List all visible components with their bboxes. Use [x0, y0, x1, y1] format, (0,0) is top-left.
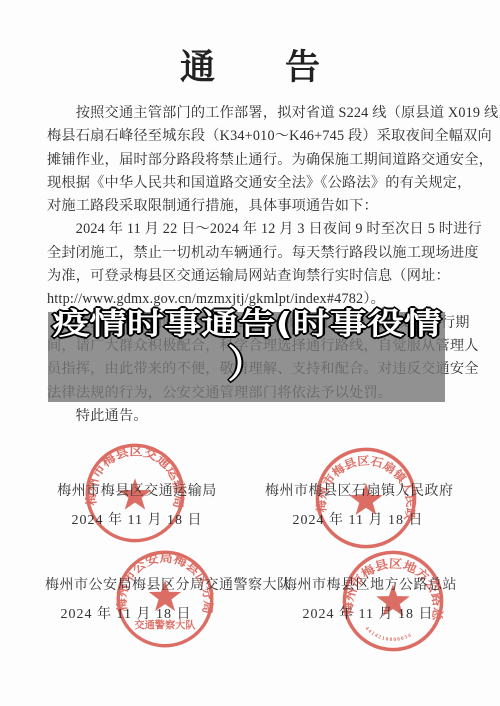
signature-date: 2024 年 11 月 18 日 [283, 603, 453, 623]
notice-closing-line: 特此通告。 [47, 405, 453, 428]
signature-block-shishan-government: 梅州市梅县区石扇镇人民政府 2024 年 11 月 18 日 [265, 480, 451, 529]
notice-line: 法律法规的行为，公安交通管理部门将依法予以处罚。 [47, 382, 453, 405]
signature-date: 2024 年 11 月 18 日 [47, 509, 227, 529]
signature-org: 梅州市公安局梅县区分局交通警察大队 [45, 574, 281, 594]
notice-line: 对施工路段采取限制通行措施，具体事项通告如下： [47, 195, 453, 218]
notice-line: 全封闭施工期间，省道 S224 线（原县道 X019 线）交通限行期 [47, 312, 453, 335]
document-title: 通 告 [0, 40, 500, 90]
svg-text:4414210008034: 4414210008034 [364, 626, 414, 643]
notice-line: 梅县石扇石峰径至城东段（K34+010～K46+745 段）采取夜间全幅双向 [47, 125, 453, 148]
notice-line: 现根据《中华人民共和国道路交通安全法》《公路法》的有关规定， [47, 172, 453, 195]
seal-code-text: 4414210008034 [364, 626, 414, 643]
notice-body: 按照交通主管部门的工作部署，拟对省道 S224 线（原县道 X019 线） 梅县… [47, 102, 453, 428]
notice-line: 摊铺作业，届时部分路段将禁止通行。为确保施工期间道路交通安全， [47, 149, 453, 172]
signature-org: 梅州市梅县区地方公路总站 [283, 574, 453, 594]
signature-date: 2024 年 11 月 18 日 [45, 603, 207, 623]
notice-document: 通 告 按照交通主管部门的工作部署，拟对省道 S224 线（原县道 X019 线… [0, 0, 500, 706]
notice-line: 2024 年 11 月 22 日～2024 年 12 月 3 日夜间 9 时至次… [47, 218, 453, 241]
signature-block-highway-station: 梅州市梅县区地方公路总站 2024 年 11 月 18 日 [283, 574, 453, 623]
signature-date: 2024 年 11 月 18 日 [265, 509, 451, 529]
notice-line: 按照交通主管部门的工作部署，拟对省道 S224 线（原县道 X019 线） [47, 102, 453, 125]
signature-block-transport-bureau: 梅州市梅县区交通运输局 2024 年 11 月 18 日 [47, 480, 227, 529]
notice-line: 间，请广大群众积极配合，科学合理选择通行路线，自觉服从管理人 [47, 335, 453, 358]
notice-line: 员指挥，由此带来的不便，敬请理解、支持和配合。对违反交通安全 [47, 358, 453, 381]
signature-org: 梅州市梅县区石扇镇人民政府 [265, 480, 451, 500]
notice-url-line: http://www.gdmx.gov.cn/mzmxjtj/gkmlpt/in… [47, 288, 453, 311]
signature-block-traffic-police: 梅州市公安局梅县区分局交通警察大队 2024 年 11 月 18 日 [45, 574, 281, 623]
signature-org: 梅州市梅县区交通运输局 [47, 480, 227, 500]
notice-line: 全封闭施工，禁止一切机动车辆通行。每天禁行路段以施工现场进度 [47, 242, 453, 265]
notice-line: 为准，可登录梅县区交通运输局网站查询禁行实时信息（网址： [47, 265, 453, 288]
